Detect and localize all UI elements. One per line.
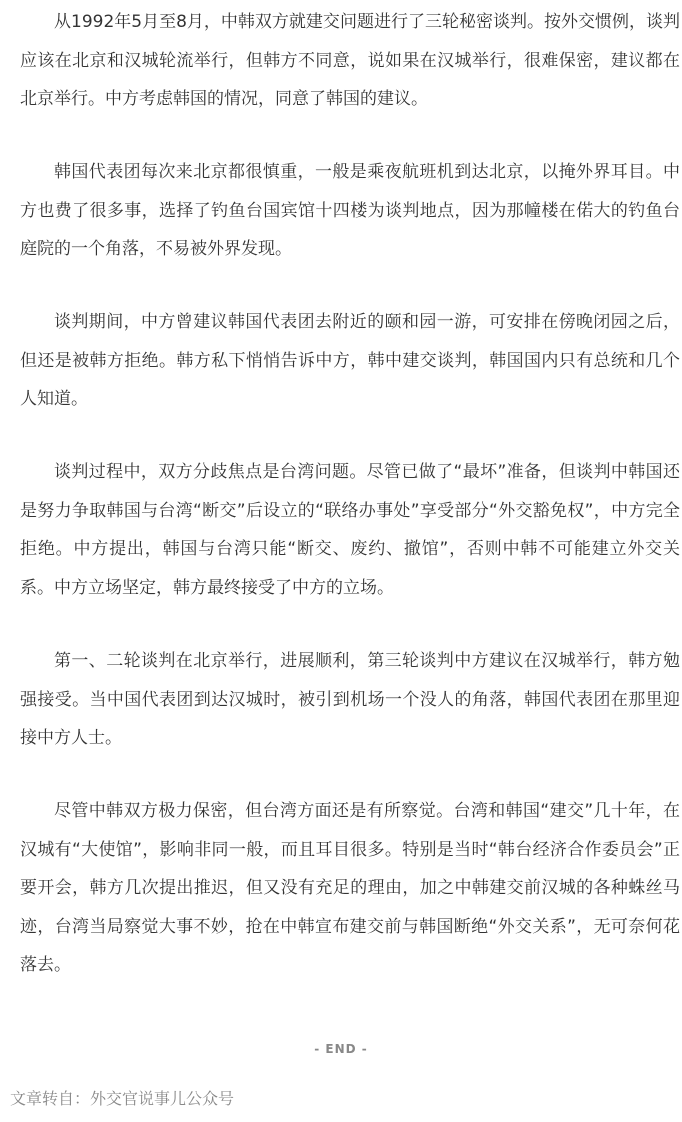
article-paragraph: 第一、二轮谈判在北京举行，进展顺利，第三轮谈判中方建议在汉城举行，韩方勉强接受。… <box>20 642 680 758</box>
article-paragraph: 从1992年5月至8月，中韩双方就建交问题进行了三轮秘密谈判。按外交惯例，谈判应… <box>20 3 680 119</box>
source-attribution: 文章转自：外交官说事儿公众号 <box>10 1086 234 1109</box>
end-marker: - END - <box>0 1042 682 1056</box>
article-paragraph: 谈判过程中，双方分歧焦点是台湾问题。尽管已做了“最坏”准备，但谈判中韩国还是努力… <box>20 453 680 607</box>
article-paragraph: 谈判期间，中方曾建议韩国代表团去附近的颐和园一游，可安排在傍晚闭园之后，但还是被… <box>20 303 680 419</box>
article-paragraph: 尽管中韩双方极力保密，但台湾方面还是有所察觉。台湾和韩国“建交”几十年，在汉城有… <box>20 792 680 985</box>
article-paragraph: 韩国代表团每次来北京都很慎重，一般是乘夜航班机到达北京，以掩外界耳目。中方也费了… <box>20 153 680 269</box>
